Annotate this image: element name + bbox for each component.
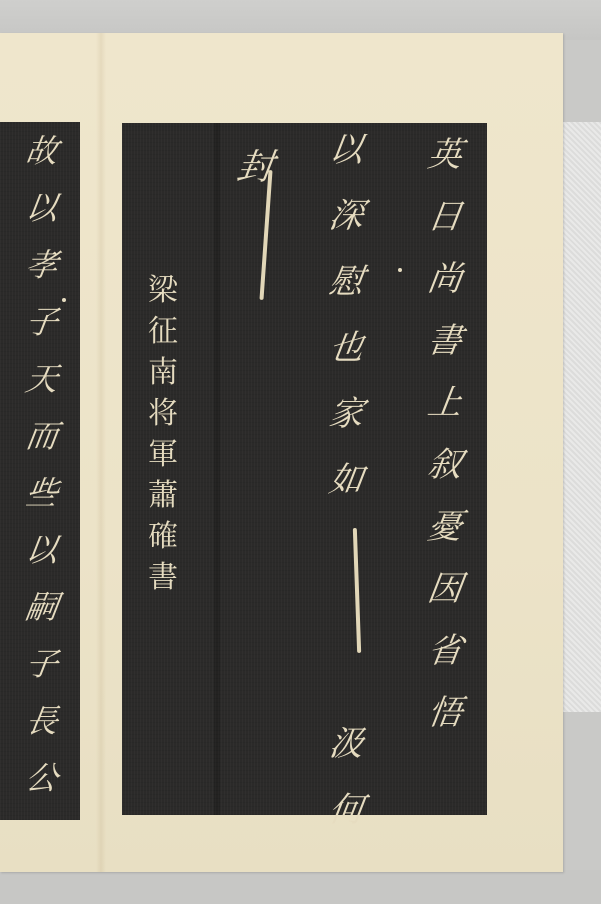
panel-seam xyxy=(214,123,220,815)
char: 叙 xyxy=(422,448,465,510)
char: 梁 xyxy=(148,276,178,317)
char: 而 xyxy=(20,420,60,477)
page-fold xyxy=(96,33,106,872)
char: 英 xyxy=(422,138,465,200)
main-right-column: 英 日 尚 書 上 叙 憂 因 省 悟 xyxy=(418,138,468,758)
char: 如 xyxy=(322,463,365,529)
char: 悟 xyxy=(422,696,465,758)
char xyxy=(339,595,348,661)
char: 公 xyxy=(20,762,60,819)
char: 天 xyxy=(20,363,60,420)
char xyxy=(339,661,348,727)
char: 以 xyxy=(322,133,365,199)
ink-dot xyxy=(398,268,402,272)
char: 何 xyxy=(322,793,365,859)
char: 汲 xyxy=(322,727,365,793)
signature-column: 梁 征 南 将 軍 蕭 確 書 xyxy=(143,276,183,604)
char: 嗣 xyxy=(20,591,60,648)
char xyxy=(339,529,348,595)
char: 省 xyxy=(422,634,465,696)
char: 書 xyxy=(148,563,178,604)
char: 将 xyxy=(148,399,178,440)
char: 長 xyxy=(20,705,60,762)
char: 憂 xyxy=(422,510,465,572)
char: 尚 xyxy=(422,262,465,324)
char: 子 xyxy=(20,306,60,363)
main-middle-column: 以 深 慰 也 家 如 汲 何 xyxy=(318,133,370,859)
char: 征 xyxy=(148,317,178,358)
char: 軍 xyxy=(148,440,178,481)
char: 家 xyxy=(322,397,365,463)
ink-dot xyxy=(62,298,66,302)
char: 以 xyxy=(20,192,60,249)
foam-support xyxy=(563,122,601,712)
char: 深 xyxy=(322,199,365,265)
backdrop-bottom xyxy=(0,870,601,904)
char: 蕭 xyxy=(148,481,178,522)
char: 書 xyxy=(422,324,465,386)
char: 慰 xyxy=(322,265,365,331)
char: 子 xyxy=(20,648,60,705)
char: 以 xyxy=(20,534,60,591)
char: 確 xyxy=(148,522,178,563)
char: 日 xyxy=(422,200,465,262)
left-panel-column: 故 以 孝 子 天 而 些 以 嗣 子 長 公 xyxy=(12,135,68,819)
char: 因 xyxy=(422,572,465,634)
char: 南 xyxy=(148,358,178,399)
char: 故 xyxy=(20,135,60,192)
char: 孝 xyxy=(20,249,60,306)
char: 上 xyxy=(422,386,465,448)
char: 些 xyxy=(20,477,60,534)
char: 也 xyxy=(322,331,365,397)
